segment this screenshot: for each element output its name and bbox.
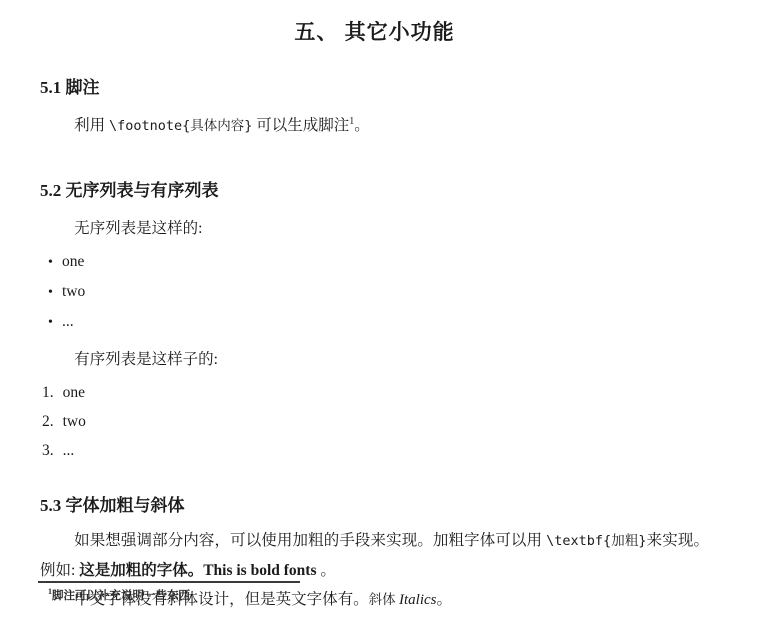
- text-segment: 。: [354, 117, 370, 134]
- list-item: •...: [40, 312, 709, 332]
- list-item-text: ...: [62, 312, 74, 331]
- list-item-text: ...: [63, 441, 75, 460]
- code-footnote-command: \footnote{具体内容}: [109, 118, 252, 134]
- list-item: 1.one: [40, 383, 709, 402]
- section-heading-5-3: 5.3 字体加粗与斜体: [40, 491, 709, 516]
- document-page: 五、 其它小功能 5.1 脚注 利用 \footnote{具体内容} 可以生成脚…: [0, 0, 757, 621]
- list-item-text: two: [63, 412, 86, 431]
- list-item: •one: [40, 252, 709, 272]
- list-item-text: one: [62, 252, 84, 271]
- text-segment: 如果想强调部分内容，可以使用加粗的手段来实现。加粗字体可以用: [74, 532, 546, 549]
- list-item-text: one: [63, 383, 85, 402]
- unordered-list: •one •two •...: [40, 252, 709, 332]
- ordered-list: 1.one 2.two 3....: [40, 383, 709, 460]
- footnote-text: 1脚注可以补充说明一些东西: [48, 587, 718, 603]
- unordered-list-intro: 无序列表是这样的:: [40, 214, 709, 243]
- list-item-number: 3.: [42, 441, 54, 460]
- page-title: 五、 其它小功能: [40, 16, 709, 46]
- list-item-text: two: [62, 282, 85, 301]
- paragraph-bold-usage: 如果想强调部分内容，可以使用加粗的手段来实现。加粗字体可以用 \textbf{加…: [40, 526, 709, 585]
- text-segment: 可以生成脚注: [252, 117, 349, 134]
- list-item: 3....: [40, 441, 709, 460]
- list-item-number: 2.: [42, 412, 54, 431]
- bullet-icon: •: [48, 283, 62, 302]
- section-heading-5-1: 5.1 脚注: [40, 73, 709, 98]
- footnote-content: 脚注可以补充说明一些东西: [52, 590, 190, 602]
- paragraph-footnote-usage: 利用 \footnote{具体内容} 可以生成脚注1。: [40, 111, 709, 141]
- list-item: 2.two: [40, 412, 709, 431]
- ordered-list-intro: 有序列表是这样子的:: [40, 345, 709, 374]
- text-segment: 利用: [74, 117, 109, 134]
- bullet-icon: •: [48, 313, 62, 332]
- footnote-separator-rule: [38, 581, 300, 583]
- list-item: •two: [40, 282, 709, 302]
- bullet-icon: •: [48, 253, 62, 272]
- text-segment: 。: [316, 562, 335, 579]
- code-textbf-command: \textbf{加粗}: [546, 533, 646, 549]
- section-heading-5-2: 5.2 无序列表与有序列表: [40, 176, 709, 201]
- footnote-area: 1脚注可以补充说明一些东西: [38, 581, 718, 603]
- bold-example-text: 这是加粗的字体。This is bold fonts: [79, 562, 316, 579]
- list-item-number: 1.: [42, 383, 54, 402]
